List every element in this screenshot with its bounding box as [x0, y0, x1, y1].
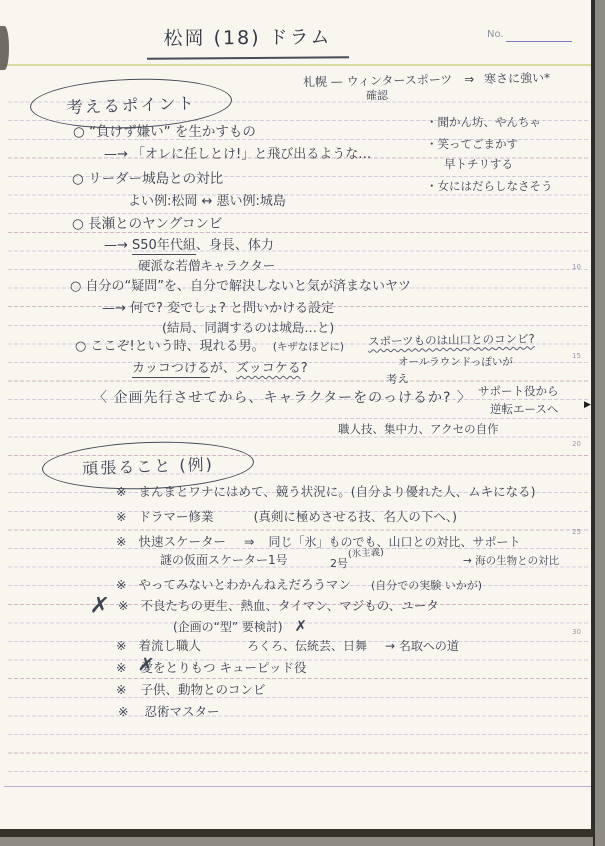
arrow-glyph: ⇒	[244, 534, 254, 549]
top-note-sub: 確認	[366, 89, 388, 103]
question-mark: ?	[301, 361, 308, 376]
scanned-note-page: No. 松岡 (18) ドラム 札幌 — ウィンタースポーツ ⇒ 寒さに強い* …	[0, 0, 605, 846]
cross-out-mark: ✗	[136, 653, 155, 679]
effort-row-4: ※ やってみないとわかんねえだろうマン (自分での実験 いかが)	[116, 577, 482, 593]
arrow-glyph: —→	[104, 238, 132, 253]
page-title: 松岡 (18) ドラム	[140, 26, 355, 52]
effort-row-3-text: 快速スケーター	[138, 534, 226, 549]
effort-row-5-text: 不良たちの更生、熱血、タイマン、マジもの、ユータ	[140, 598, 438, 613]
side-note: ・女にはだらしなさそう	[426, 179, 553, 193]
think-bullet-2-sub: よい例:松岡 ↔ 悪い例:城島	[128, 194, 286, 210]
margin-line-number: 15	[572, 352, 581, 360]
side-note: 早トチリする	[444, 157, 513, 171]
effort-row-3-sub2: 2号	[330, 557, 348, 571]
scan-corner-artifact	[0, 26, 9, 70]
margin-note-sport: スポーツものは山口とのコンビ?	[368, 332, 535, 349]
effort-row-6-text: 着流し職人	[138, 638, 201, 653]
underlined-phrase: S50年代組	[132, 238, 196, 255]
effort-row-3-sub4: → 海の生物との対比	[463, 555, 559, 568]
title-underline	[147, 56, 349, 59]
effort-row-2: ※ ドラマー修業 (真剣に極めさせる技、名人の下へ、)	[116, 509, 457, 525]
margin-line-number: 25	[572, 528, 581, 536]
effort-row-5-sub: (企画の“型” 要検討) ✗	[173, 617, 307, 636]
think-bullet-3: ○ 長瀬とのヤングコンビ	[72, 216, 222, 233]
effort-row-6-note: ろくろ、伝統芸、日舞	[247, 639, 367, 653]
effort-row-3-sub3: (氷主義)	[348, 547, 384, 561]
effort-row-6-arrow-note: → 名取への道	[385, 639, 459, 653]
think-bullet-5-sub: カッコつけるが、ズッコケる?	[132, 361, 308, 377]
margin-note-support-1: サポート役から	[478, 384, 559, 398]
effort-row-5-sub-text: (企画の“型” 要検討)	[173, 620, 283, 634]
effort-row-8: ※ 子供、動物とのコンビ	[116, 682, 265, 698]
header-rule-line	[0, 64, 593, 66]
margin-note-support-2: 逆転エースへ	[490, 402, 558, 416]
think-bullet-2: ○ リーダー城島との対比	[72, 171, 223, 188]
effort-row-2-note: (真剣に極めさせる技、名人の下へ、)	[253, 509, 457, 524]
reference-mark: ※	[116, 509, 126, 524]
reference-mark: ※	[116, 534, 126, 549]
top-note: 札幌 — ウィンタースポーツ ⇒ 寒さに強い*	[303, 71, 550, 90]
cross-out-mark: ✗	[294, 617, 307, 635]
reference-mark: ※	[116, 638, 126, 653]
reference-mark: ※	[116, 577, 126, 592]
think-bullet-4-sub: —→ 何で? 変でしょ? と問いかける設定	[102, 301, 334, 317]
page-edge-arrow-icon: ▶	[584, 400, 591, 410]
top-note-part1: 札幌 — ウィンタースポーツ	[303, 73, 453, 90]
effort-row-5: ※ 不良たちの更生、熱血、タイマン、マジもの、ユータ	[118, 598, 439, 614]
margin-line-number: 20	[572, 440, 581, 448]
plan-question: 〈 企画先行させてから、キャラクターをのっけるか? 〉	[93, 390, 472, 408]
no-label: No.	[487, 29, 504, 40]
effort-row-6: ※ 着流し職人 ろくろ、伝統芸、日舞 → 名取への道	[116, 638, 459, 654]
effort-row-3-note: 同じ「氷」ものでも、山口との対比、サポート	[268, 535, 520, 549]
think-bullet-3-sub: —→ S50年代組、身長、体力	[104, 238, 274, 254]
think-bullet-5-paren: (キザなほどに)	[273, 341, 344, 353]
think-bullet-1: ○ “負けず嫌い” を生かすもの	[73, 124, 256, 141]
reference-mark: ※	[116, 660, 126, 675]
think-bullet-1-sub: —→ 「オレに任しとけ!」と飛び出るような…	[104, 147, 371, 163]
think-bullet-3-sub2: 硬派な若僧キャラクター	[138, 258, 275, 274]
no-underline	[506, 41, 572, 42]
top-note-arrow: ⇒	[464, 72, 474, 86]
side-note: ・笑ってごまかす	[426, 137, 518, 151]
reference-mark: ※	[118, 598, 128, 613]
margin-line-number: 10	[572, 263, 581, 271]
underlined-phrase: カッコつける	[132, 361, 210, 378]
scan-edge-bottom-dark	[0, 829, 593, 837]
effort-row-4-note: (自分での実験 いかが)	[371, 579, 482, 592]
margin-note-allround: オールラウンドっぽいが	[398, 356, 513, 369]
cross-out-mark: ✗	[89, 591, 111, 622]
think-bullet-5: ○ ここぞ!という時、現れる男。 (キザなほどに)	[75, 339, 344, 355]
reference-mark: ※	[116, 682, 126, 697]
effort-row-1: ※ まんまとワナにはめて、競う状況に。(自分より優れた人、ムキになる)	[116, 484, 535, 500]
effort-row-2-text: ドラマー修業	[138, 509, 213, 524]
mid-text: が、	[210, 361, 236, 376]
effort-row-9: ※ 忍術マスター	[118, 704, 219, 720]
scan-edge-right-gray	[595, 0, 605, 846]
plan-insert-note: 考え	[386, 371, 410, 387]
effort-row-1-text: まんまとワナにはめて、競う状況に。(自分より優れた人、ムキになる)	[138, 484, 535, 499]
think-bullet-3-sub-rest: 、身長、体力	[196, 238, 274, 253]
side-note: ・聞かん坊、やんちゃ	[426, 115, 541, 129]
think-bullet-5-text: ○ ここぞ!という時、現れる男。	[75, 339, 265, 354]
effort-row-7-text: 愛をとりもつ キューピッド役	[140, 660, 306, 675]
skills-note: 職人技、集中力、アクセの自作	[338, 422, 499, 436]
wavy-underlined-phrase: ズッコケる	[236, 361, 301, 376]
scan-edge-bottom-gray	[0, 837, 593, 846]
effort-row-9-text: 忍術マスター	[144, 704, 219, 719]
reference-mark: ※	[116, 484, 126, 499]
effort-row-8-text: 子供、動物とのコンビ	[140, 682, 265, 697]
margin-line-number: 30	[572, 628, 581, 636]
think-bullet-4-sub2: (結局、同調するのは城島…と)	[162, 320, 334, 336]
effort-row-4-text: やってみないとわかんねえだろうマン	[138, 577, 351, 592]
effort-row-3: ※ 快速スケーター ⇒ 同じ「氷」ものでも、山口との対比、サポート	[116, 534, 520, 550]
think-bullet-4: ○ 自分の“疑問”を、自分で解決しないと気が済まないヤツ	[70, 279, 411, 295]
top-note-part2: 寒さに強い*	[484, 71, 550, 86]
reference-mark: ※	[118, 704, 128, 719]
effort-row-3-sub: 謎の仮面スケーター1号	[160, 553, 288, 568]
bottom-rule-line	[4, 786, 591, 787]
